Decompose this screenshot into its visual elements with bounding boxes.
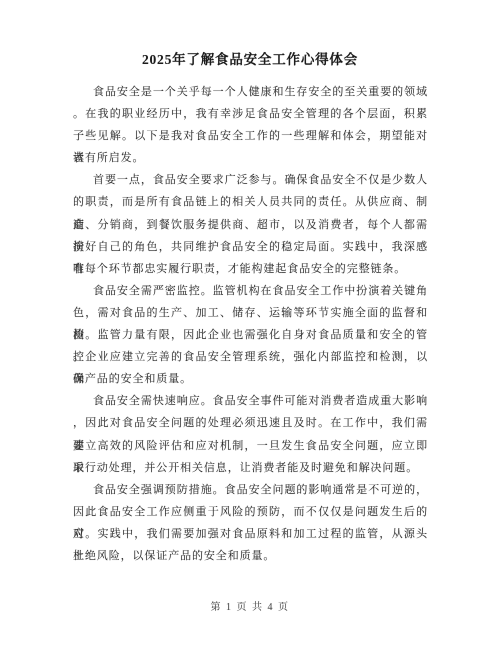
text-line: 演好自己的角色，共同维护食品安全的稳定局面。实践中，我深感唯 [73,236,428,258]
paragraph: 食品安全强调预防措施。食品安全问题的影响通常是不可逆的，因此食品安全工作应侧重于… [73,479,428,567]
text-line: 商、分销商，到餐饮服务提供商、超市，以及消费者，每个人都需扮 [73,214,428,236]
paragraph: 食品安全需严密监控。监管机构在食品安全工作中扮演着关键角色，需对食品的生产、加工… [73,280,428,390]
text-line: 建立高效的风险评估和应对机制，一旦发生食品安全问题，应立即采 [73,435,428,457]
document-page: 2025年了解食品安全工作心得体会 食品安全是一个关乎每一个人健康和生存安全的至… [0,0,500,647]
text-line: 测。监管力量有限，因此企业也需强化自身对食品质量和安全的管控 [73,324,428,346]
text-line: 一些见解。以下是我对食品安全工作的一些理解和体会，期望能对读 [73,125,428,147]
text-line: 首要一点，食品安全要求广泛参与。确保食品安全不仅是少数人 [73,169,428,191]
text-line: 的职责，而是所有食品链上的相关人员共同的责任。从供应商、制造 [73,191,428,213]
text-line: 者有所启发。 [73,147,428,169]
text-line: ，因此对食品安全问题的处理必须迅速且及时。在工作中，我们需要 [73,412,428,434]
text-line: 食品安全是一个关乎每一个人健康和生存安全的至关重要的领域 [73,81,428,103]
text-line: 。企业应建立完善的食品安全管理系统，强化内部监控和检测，以确 [73,346,428,368]
document-body: 食品安全是一个关乎每一个人健康和生存安全的至关重要的领域。在我的职业经历中，我有… [73,81,428,567]
text-line: 食品安全强调预防措施。食品安全问题的影响通常是不可逆的， [73,479,428,501]
text-line: 。在我的职业经历中，我有幸涉足食品安全管理的各个层面，积累了 [73,103,428,125]
text-line: 对。实践中，我们需要加强对食品原料和加工过程的监管，从源头上 [73,523,428,545]
document-title: 2025年了解食品安全工作心得体会 [0,51,500,69]
paragraph: 首要一点，食品安全要求广泛参与。确保食品安全不仅是少数人的职责，而是所有食品链上… [73,169,428,279]
text-line: 取行动处理，并公开相关信息，让消费者能及时避免和解决问题。 [73,457,428,479]
text-line: 食品安全需严密监控。监管机构在食品安全工作中扮演着关键角 [73,280,428,302]
text-line: 杜绝风险，以保证产品的安全和质量。 [73,545,428,567]
text-line: 食品安全需快速响应。食品安全事件可能对消费者造成重大影响 [73,390,428,412]
text-line: 色，需对食品的生产、加工、储存、运输等环节实施全面的监督和检 [73,302,428,324]
page-footer-page-indicator: 第 1 页 共 4 页 [0,600,500,616]
text-line: 保产品的安全和质量。 [73,368,428,390]
paragraph: 食品安全需快速响应。食品安全事件可能对消费者造成重大影响，因此对食品安全问题的处… [73,390,428,478]
paragraph: 食品安全是一个关乎每一个人健康和生存安全的至关重要的领域。在我的职业经历中，我有… [73,81,428,169]
text-line: 因此食品安全工作应侧重于风险的预防，而不仅仅是问题发生后的应 [73,501,428,523]
text-line: 有每个环节都忠实履行职责，才能构建起食品安全的完整链条。 [73,258,428,280]
